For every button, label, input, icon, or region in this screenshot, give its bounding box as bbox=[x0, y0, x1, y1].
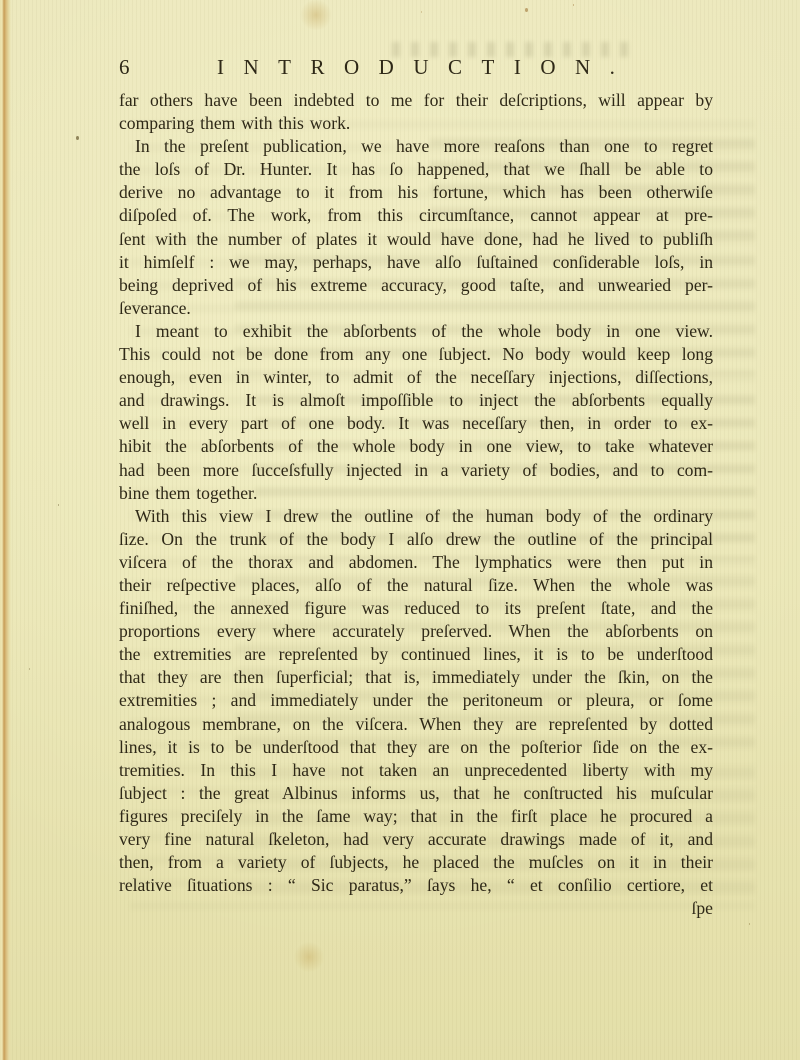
text-line: finiſhed, the annexed figure was reduced… bbox=[119, 597, 713, 620]
text-line: far others have been indebted to me for … bbox=[119, 89, 713, 112]
foxing-stain bbox=[299, 0, 333, 30]
scanned-book-page-screenshot: { "header": { "page_number": "6", "title… bbox=[0, 0, 800, 1060]
text-line: enough, even in winter, to admit of the … bbox=[119, 366, 713, 389]
text-line: had been more ſucceſsfully injected in a… bbox=[119, 459, 713, 482]
body-text-block: far others have been indebted to me for … bbox=[119, 89, 713, 920]
running-header: INTRODUCTION. bbox=[217, 57, 634, 78]
text-line: analogous membrane, on the viſcera. When… bbox=[119, 713, 713, 736]
text-line: that they are then ſuperficial; that is,… bbox=[119, 666, 713, 689]
text-line: ſubject : the great Albinus informs us, … bbox=[119, 782, 713, 805]
foxing-stain bbox=[293, 942, 325, 972]
page-number: 6 bbox=[119, 57, 130, 78]
text-line: the loſs of Dr. Hunter. It has ſo happen… bbox=[119, 158, 713, 181]
text-line: well in every part of one body. It was n… bbox=[119, 412, 713, 435]
text-line: and drawings. It is almoſt impoſſible to… bbox=[119, 389, 713, 412]
text-line: very fine natural ſkeleton, had very acc… bbox=[119, 828, 713, 851]
page-left-edge bbox=[0, 0, 11, 1060]
text-line: the extremities are repreſented by conti… bbox=[119, 643, 713, 666]
text-line: In the preſent publication, we have more… bbox=[119, 135, 713, 158]
text-line: diſpoſed of. The work, from this circumſ… bbox=[119, 204, 713, 227]
text-line: proportions every where accurately preſe… bbox=[119, 620, 713, 643]
text-line: hibit the abſorbents of the whole body i… bbox=[119, 435, 713, 458]
text-line: being deprived of his extreme accuracy, … bbox=[119, 274, 713, 297]
book-page: 6 INTRODUCTION. far others have been ind… bbox=[0, 0, 800, 1060]
text-line: ſize. On the trunk of the body I alſo dr… bbox=[119, 528, 713, 551]
text-line: derive no advantage to it from his fortu… bbox=[119, 181, 713, 204]
text-line: their reſpective places, alſo of the nat… bbox=[119, 574, 713, 597]
text-line: ſent with the number of plates it would … bbox=[119, 228, 713, 251]
text-line: tremities. In this I have not taken an u… bbox=[119, 759, 713, 782]
text-line: lines, it is to be underſtood that they … bbox=[119, 736, 713, 759]
text-line: bine them together. bbox=[119, 482, 713, 505]
text-line: viſcera of the thorax and abdomen. The l… bbox=[119, 551, 713, 574]
text-line: relative ſituations : “ Sic paratus,” ſa… bbox=[119, 874, 713, 897]
paper-specks bbox=[76, 136, 79, 140]
text-line: This could not be done from any one ſubj… bbox=[119, 343, 713, 366]
text-line: it himſelf : we may, perhaps, have alſo … bbox=[119, 251, 713, 274]
text-line: I meant to exhibit the abſorbents of the… bbox=[119, 320, 713, 343]
text-line: ſeverance. bbox=[119, 297, 713, 320]
text-line: comparing them with this work. bbox=[119, 112, 713, 135]
text-line: then, from a variety of ſubjects, he pla… bbox=[119, 851, 713, 874]
text-line: With this view I drew the outline of the… bbox=[119, 505, 713, 528]
text-line: extremities ; and immediately under the … bbox=[119, 689, 713, 712]
text-line: figures preciſely in the ſame way; that … bbox=[119, 805, 713, 828]
catchword: ſpe bbox=[119, 897, 713, 920]
